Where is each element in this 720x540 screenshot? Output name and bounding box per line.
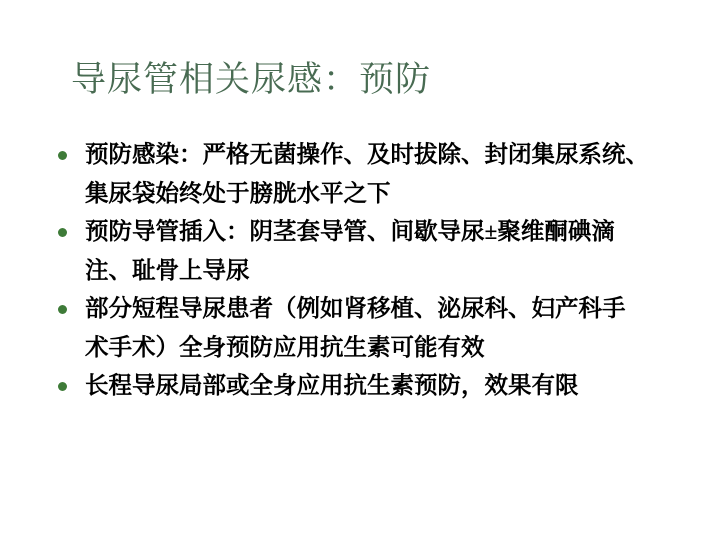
list-item: 长程导尿局部或全身应用抗生素预防，效果有限 bbox=[58, 367, 668, 406]
bullet-text: 部分短程导尿患者（例如肾移植、泌尿科、妇产科手 术手术）全身预防应用抗生素可能有… bbox=[85, 290, 626, 367]
bullet-text: 预防感染：严格无菌操作、及时拔除、封闭集尿系统、 集尿袋始终处于膀胱水平之下 bbox=[85, 136, 649, 213]
bullet-icon bbox=[58, 151, 67, 160]
bullet-text-line: 注、耻骨上导尿 bbox=[85, 252, 615, 291]
bullet-list: 预防感染：严格无菌操作、及时拔除、封闭集尿系统、 集尿袋始终处于膀胱水平之下 预… bbox=[58, 136, 668, 406]
bullet-text-line: 部分短程导尿患者（例如肾移植、泌尿科、妇产科手 bbox=[85, 290, 626, 329]
presentation-slide: 导尿管相关尿感：预防 预防感染：严格无菌操作、及时拔除、封闭集尿系统、 集尿袋始… bbox=[0, 0, 720, 540]
bullet-text: 长程导尿局部或全身应用抗生素预防，效果有限 bbox=[85, 367, 579, 406]
bullet-icon bbox=[58, 382, 67, 391]
slide-title: 导尿管相关尿感：预防 bbox=[71, 52, 431, 102]
bullet-text-line: 预防导管插入：阴茎套导管、间歇导尿±聚维酮碘滴 bbox=[85, 213, 615, 252]
list-item: 预防导管插入：阴茎套导管、间歇导尿±聚维酮碘滴 注、耻骨上导尿 bbox=[58, 213, 668, 290]
bullet-text-line: 集尿袋始终处于膀胱水平之下 bbox=[85, 175, 649, 214]
bullet-icon bbox=[58, 228, 67, 237]
bullet-text-line: 长程导尿局部或全身应用抗生素预防，效果有限 bbox=[85, 367, 579, 406]
bullet-text-line: 预防感染：严格无菌操作、及时拔除、封闭集尿系统、 bbox=[85, 136, 649, 175]
list-item: 部分短程导尿患者（例如肾移植、泌尿科、妇产科手 术手术）全身预防应用抗生素可能有… bbox=[58, 290, 668, 367]
bullet-icon bbox=[58, 305, 67, 314]
bullet-text-line: 术手术）全身预防应用抗生素可能有效 bbox=[85, 329, 626, 368]
bullet-text: 预防导管插入：阴茎套导管、间歇导尿±聚维酮碘滴 注、耻骨上导尿 bbox=[85, 213, 615, 290]
list-item: 预防感染：严格无菌操作、及时拔除、封闭集尿系统、 集尿袋始终处于膀胱水平之下 bbox=[58, 136, 668, 213]
